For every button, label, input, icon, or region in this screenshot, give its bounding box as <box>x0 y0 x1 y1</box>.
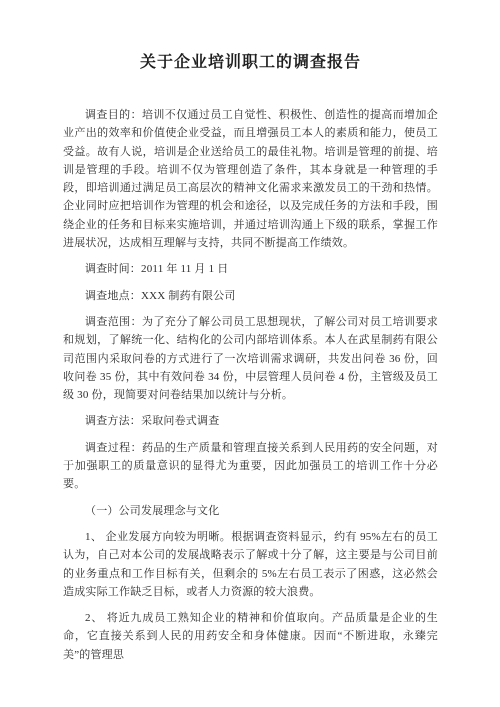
paragraph-survey-process: 调查过程：药品的生产质量和管理直接关系到人民用药的安全问题，对于加强职工的质量意… <box>63 439 438 494</box>
paragraph-survey-scope: 调查范围：为了充分了解公司员工思想现状，了解公司对员工培训要求和规划，了解统一化… <box>63 313 438 404</box>
document-page: 关于企业培训职工的调查报告 调查目的：培训不仅通过员工自觉性、积极性、创造性的提… <box>0 0 500 707</box>
paragraph-point-1-development-direction: 1、 企业发展方向较为明晰。根据调查资料显示，约有 95%左右的员工认为，自己对… <box>63 528 438 601</box>
paragraph-survey-purpose: 调查目的：培训不仅通过员工自觉性、积极性、创造性的提高而增加企业产出的效率和价值… <box>63 106 438 252</box>
document-title: 关于企业培训职工的调查报告 <box>63 52 438 73</box>
paragraph-survey-time: 调查时间：2011 年 11 月 1 日 <box>63 260 438 278</box>
paragraph-survey-location: 调查地点：XXX 制药有限公司 <box>63 287 438 305</box>
section-heading-company-philosophy: （一）公司发展理念与文化 <box>63 502 438 520</box>
paragraph-point-2-company-values: 2、 将近九成员工熟知企业的精神和价值取向。产品质量是企业的生命，它直接关系到人… <box>63 609 438 664</box>
paragraph-survey-method: 调查方法：采取问卷式调查 <box>63 412 438 430</box>
